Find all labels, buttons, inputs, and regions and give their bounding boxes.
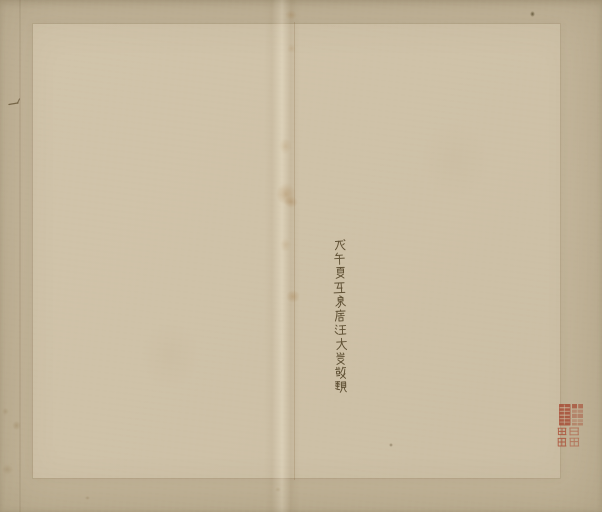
album-photo	[0, 0, 602, 512]
inscription-character	[332, 295, 349, 308]
paper-stain	[85, 496, 90, 500]
paper-stain	[12, 421, 21, 430]
inscription-character	[332, 309, 349, 322]
left-margin-seam	[19, 0, 21, 512]
inscription-character	[332, 238, 349, 251]
paper-stain	[2, 464, 13, 475]
inscription-character	[331, 281, 348, 294]
paper-stain	[2, 408, 9, 415]
ink-mark-left-edge	[7, 96, 21, 108]
inscription-character	[332, 380, 349, 393]
collector-seal-upper	[558, 403, 584, 427]
inscription-character	[332, 352, 349, 365]
collector-seal-lower	[556, 426, 581, 449]
paper-stain	[285, 10, 297, 20]
inscription-character	[332, 366, 349, 379]
paper-stain	[275, 487, 281, 492]
inscription-character	[331, 252, 348, 265]
inscription-character	[332, 266, 349, 279]
ink-speck	[530, 11, 535, 17]
album-page-panel	[33, 24, 560, 478]
inscription-column	[331, 238, 353, 393]
inscription-character	[332, 323, 349, 336]
inscription-character	[333, 337, 350, 350]
